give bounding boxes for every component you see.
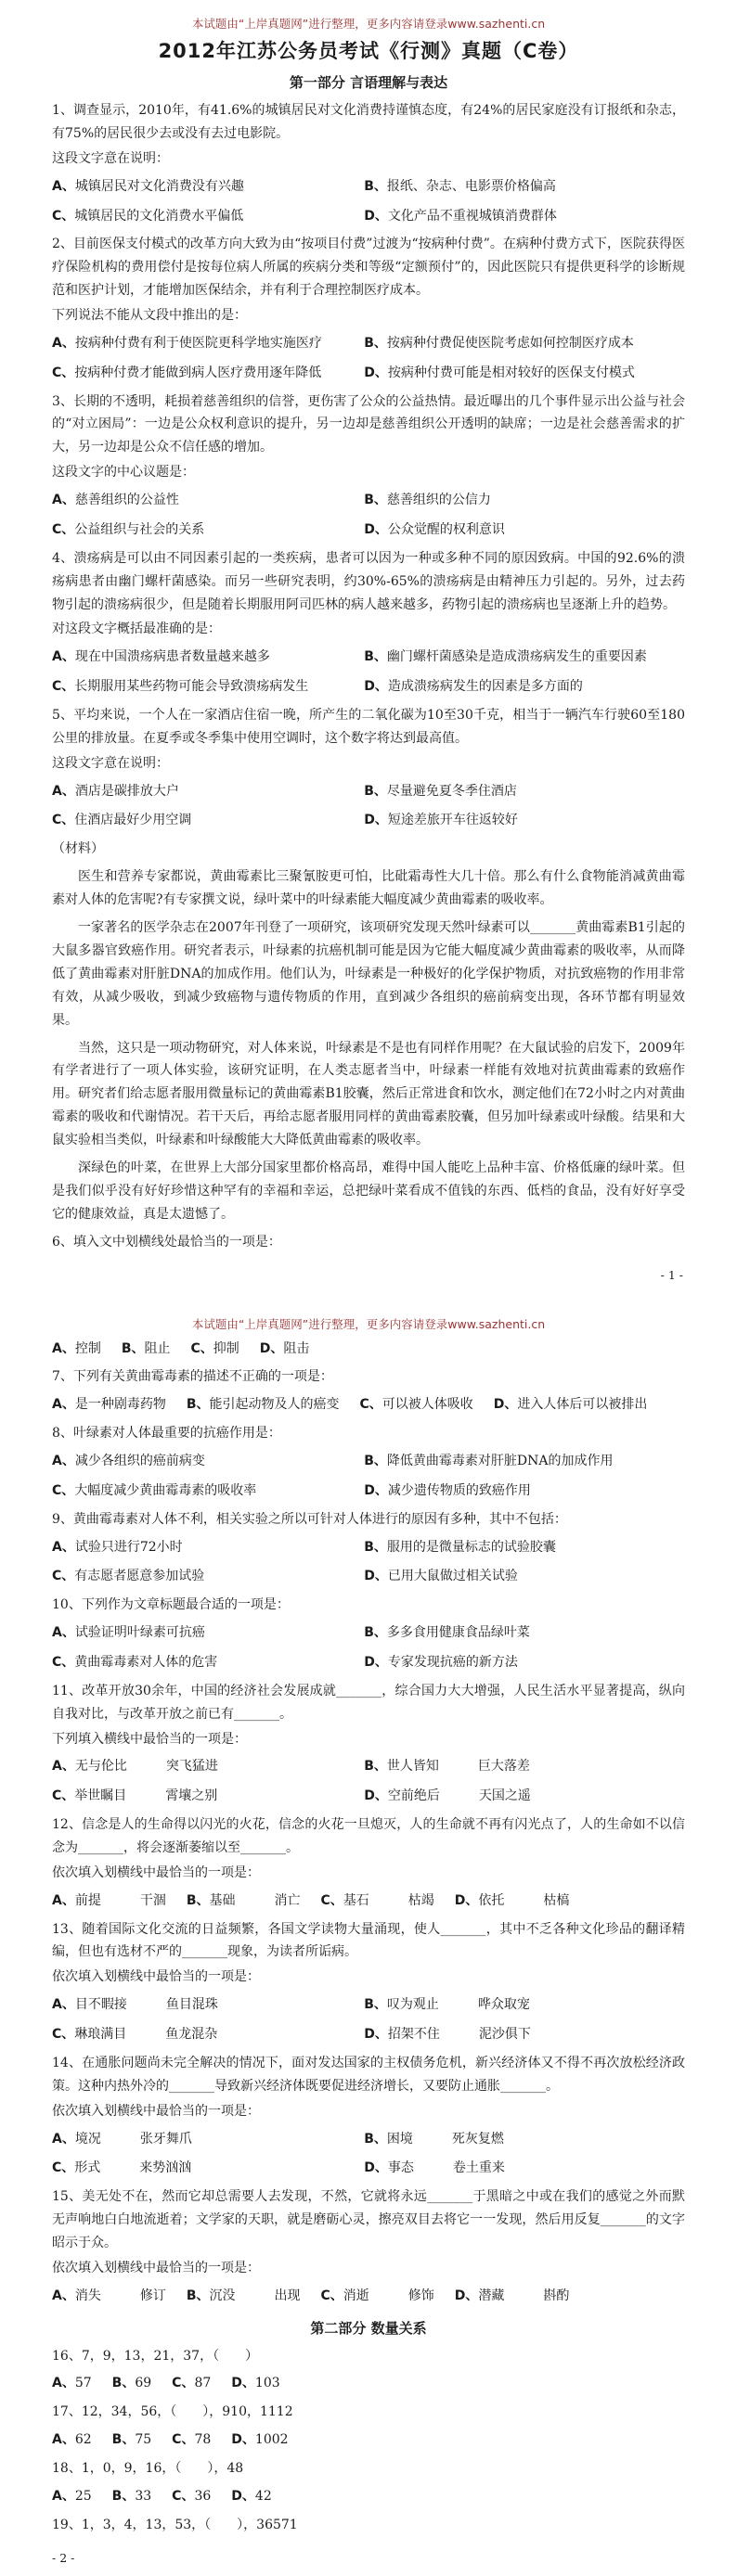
question-stem: 这段文字的中心议题是： — [52, 461, 685, 484]
option-B: B、幽门螺杆菌感染是造成溃疡病发生的重要因素 — [364, 643, 685, 673]
question-text: 5、平均来说，一个人在一家酒店住宿一晚，所产生的二氧化碳为10至30千克，相当于… — [52, 704, 685, 750]
section-heading: 第一部分 言语理解与表达 — [52, 72, 685, 92]
option-text: 城镇居民对文化消费没有兴趣 — [75, 179, 244, 194]
question-text: 6、填入文中划横线处最恰当的一项是： — [52, 1231, 685, 1254]
option-letter: C、 — [52, 1569, 74, 1583]
options-row: A、57B、69C、87D、103 — [52, 2369, 685, 2399]
option-C: C、36 — [172, 2489, 211, 2504]
option-letter: B、 — [364, 179, 387, 194]
option-letter: D、 — [364, 2027, 388, 2042]
option-text: 按病种付费可能是相对较好的医保支付模式 — [388, 365, 635, 380]
question-text: 19、1，3，4，13，53，（ ），36571 — [52, 2514, 685, 2537]
option-B: B、多多食用健康食品绿叶菜 — [364, 1619, 685, 1648]
source-note: 本试题由“上岸真题网”进行整理，更多内容请登录www.sazhenti.cn — [52, 15, 685, 32]
option-C: C、可以被人体吸收 — [360, 1397, 473, 1412]
option-text: 消逝 修饰 — [343, 2288, 434, 2303]
option-text: 有志愿者愿意参加试验 — [74, 1569, 204, 1583]
option-text: 69 — [135, 2376, 151, 2390]
question-text: 1、调查显示，2010年，有41.6%的城镇居民对文化消费持谨慎态度，有24%的… — [52, 99, 685, 146]
option-A: A、57 — [52, 2376, 92, 2390]
material-paragraph: 深绿色的叶菜，在世界上大部分国家里都价格高昂，难得中国人能吃上品种丰富、价格低廉… — [52, 1157, 685, 1226]
question-text: 11、改革开放30余年，中国的经济社会发展成就_______，综合国力大大增强，… — [52, 1680, 685, 1726]
option-letter: C、 — [52, 1655, 74, 1670]
question-text: 2、目前医保支付模式的改革方向大致为由“按项目付费”过渡为“按病种付费”。在病种… — [52, 233, 685, 302]
option-D: D、公众觉醒的权利意识 — [364, 516, 685, 545]
question-text: 10、下列作为文章标题最合适的一项是： — [52, 1594, 685, 1617]
option-B: B、困境 死灰复燃 — [364, 2125, 685, 2155]
option-B: B、叹为观止 哗众取宠 — [364, 1991, 685, 2020]
option-B: B、服用的是微量标志的试验胶囊 — [364, 1533, 685, 1563]
options-row: A、控制B、阻止C、抑制D、阻击 — [52, 1335, 685, 1365]
option-text: 87 — [194, 2376, 211, 2390]
question-stem: 这段文字意在说明： — [52, 752, 685, 775]
option-C: C、举世瞩目 霄壤之别 — [52, 1782, 364, 1812]
option-B: B、报纸、杂志、电影票价格偏高 — [364, 173, 685, 202]
option-B: B、慈善组织的公信力 — [364, 486, 685, 516]
option-text: 57 — [75, 2376, 92, 2390]
option-A: A、62 — [52, 2432, 92, 2447]
page-2: 本试题由“上岸真题网”进行整理，更多内容请登录www.sazhenti.cnA、… — [0, 1293, 737, 2576]
question-stem: 下列填入横线中最恰当的一项是： — [52, 1728, 685, 1751]
option-D: D、文化产品不重视城镇消费群体 — [364, 202, 685, 232]
option-B: B、世人皆知 巨大落差 — [364, 1752, 685, 1782]
option-text: 已用大鼠做过相关试验 — [388, 1569, 518, 1583]
option-D: D、按病种付费可能是相对较好的医保支付模式 — [364, 359, 685, 389]
option-text: 试验证明叶绿素可抗癌 — [75, 1625, 205, 1640]
option-text: 基石 枯竭 — [343, 1893, 434, 1908]
option-A: A、酒店是碳排放大户 — [52, 777, 364, 807]
option-C: C、长期服用某些药物可能会导致溃疡病发生 — [52, 673, 364, 702]
option-A: A、目不暇接 鱼目混珠 — [52, 1991, 364, 2020]
option-A: A、现在中国溃疡病患者数量越来越多 — [52, 643, 364, 673]
option-text: 黄曲霉毒素对人体的危害 — [74, 1655, 217, 1670]
option-letter: D、 — [364, 2160, 388, 2175]
option-letter: A、 — [52, 179, 75, 194]
option-text: 无与伦比 突飞猛进 — [75, 1759, 218, 1774]
option-text: 多多食用健康食品绿叶菜 — [387, 1625, 530, 1640]
option-letter: C、 — [52, 813, 74, 827]
option-text: 报纸、杂志、电影票价格偏高 — [387, 179, 556, 194]
option-D: D、短途差旅开车往返较好 — [364, 806, 685, 836]
options-row: A、25B、33C、36D、42 — [52, 2482, 685, 2512]
option-letter: C、 — [52, 1788, 74, 1803]
option-D: D、依托 枯槁 — [455, 1893, 570, 1908]
option-text: 消失 修订 — [75, 2288, 166, 2303]
option-text: 75 — [135, 2432, 151, 2447]
option-letter: C、 — [52, 2027, 74, 2042]
option-text: 短途差旅开车往返较好 — [388, 813, 518, 827]
option-letter: D、 — [364, 365, 388, 380]
option-C: C、78 — [172, 2432, 211, 2447]
option-text: 困境 死灰复燃 — [387, 2132, 504, 2147]
options-grid: A、酒店是碳排放大户B、尽量避免夏冬季住酒店C、住酒店最好少用空调D、短途差旅开… — [52, 777, 685, 837]
option-C: C、琳琅满目 鱼龙混杂 — [52, 2020, 364, 2050]
question-stem: 依次填入划横线中最恰当的一项是： — [52, 2257, 685, 2280]
option-text: 试验只进行72小时 — [75, 1540, 183, 1555]
option-A: A、试验证明叶绿素可抗癌 — [52, 1619, 364, 1648]
option-letter: D、 — [364, 209, 388, 224]
option-A: A、境况 张牙舞爪 — [52, 2125, 364, 2155]
option-D: D、事态 卷土重来 — [364, 2154, 685, 2184]
option-text: 按病种付费才能做到病人医疗费用逐年降低 — [74, 365, 321, 380]
option-letter: C、 — [172, 2376, 194, 2390]
option-text: 是一种剧毒药物 — [75, 1397, 166, 1412]
option-letter: C、 — [360, 1397, 382, 1412]
option-letter: C、 — [52, 522, 74, 537]
option-text: 减少遗传物质的致癌作用 — [388, 1483, 531, 1498]
option-letter: A、 — [52, 2132, 75, 2147]
question-text: 4、溃疡病是可以由不同因素引起的一类疾病，患者可以因为一种或多种不同的原因致病。… — [52, 547, 685, 617]
option-text: 造成溃疡病发生的因素是多方面的 — [388, 679, 583, 694]
option-letter: C、 — [172, 2489, 194, 2504]
option-text: 依托 枯槁 — [478, 1893, 569, 1908]
option-B: B、按病种付费促使医院考虑如何控制医疗成本 — [364, 329, 685, 359]
option-text: 长期服用某些药物可能会导致溃疡病发生 — [74, 679, 308, 694]
option-text: 服用的是微量标志的试验胶囊 — [387, 1540, 556, 1555]
option-letter: A、 — [52, 1625, 75, 1640]
material-label: （材料） — [52, 838, 685, 861]
source-note: 本试题由“上岸真题网”进行整理，更多内容请登录www.sazhenti.cn — [52, 1315, 685, 1332]
material-paragraph: 医生和营养专家都说，黄曲霉素比三聚氰胺更可怕，比砒霜毒性大几十倍。那么有什么食物… — [52, 865, 685, 912]
option-B: B、降低黄曲霉毒素对肝脏DNA的加成作用 — [364, 1447, 685, 1477]
option-D: D、招架不住 泥沙俱下 — [364, 2020, 685, 2050]
option-text: 尽量避免夏冬季住酒店 — [387, 784, 517, 799]
option-C: C、抑制 — [191, 1341, 239, 1356]
option-text: 按病种付费促使医院考虑如何控制医疗成本 — [387, 336, 634, 351]
option-letter: D、 — [494, 1397, 518, 1412]
option-letter: A、 — [52, 2376, 75, 2390]
option-letter: A、 — [52, 493, 75, 507]
option-text: 琳琅满目 鱼龙混杂 — [74, 2027, 217, 2042]
option-text: 叹为观止 哗众取宠 — [387, 1997, 530, 2012]
option-B: B、基础 消亡 — [187, 1893, 301, 1908]
options-row: A、是一种剧毒药物B、能引起动物及人的癌变C、可以被人体吸收D、进入人体后可以被… — [52, 1391, 685, 1420]
option-D: D、1002 — [231, 2432, 288, 2447]
option-text: 公益组织与社会的关系 — [74, 522, 204, 537]
option-letter: A、 — [52, 1341, 75, 1356]
option-letter: D、 — [364, 1483, 388, 1498]
option-text: 控制 — [75, 1341, 101, 1356]
option-C: C、有志愿者愿意参加试验 — [52, 1562, 364, 1592]
option-A: A、慈善组织的公益性 — [52, 486, 364, 516]
option-text: 沉没 出现 — [210, 2288, 301, 2303]
option-letter: D、 — [260, 1341, 284, 1356]
section-heading: 第二部分 数量关系 — [52, 2318, 685, 2338]
material-paragraph: 一家著名的医学杂志在2007年刊登了一项研究，该项研究发现天然叶绿素可以____… — [52, 916, 685, 1032]
question-text: 15、美无处不在，然而它却总需要人去发现，不然，它就将永远_______于黑暗之… — [52, 2185, 685, 2255]
option-text: 降低黄曲霉毒素对肝脏DNA的加成作用 — [387, 1454, 614, 1468]
option-A: A、无与伦比 突飞猛进 — [52, 1752, 364, 1782]
option-text: 空前绝后 天国之遥 — [388, 1788, 531, 1803]
question-stem: 依次填入划横线中最恰当的一项是： — [52, 1862, 685, 1885]
option-text: 按病种付费有利于使医院更科学地实施医疗 — [75, 336, 322, 351]
exam-title: 2012年江苏公务员考试《行测》真题（C卷） — [52, 36, 685, 64]
material-paragraph: 当然，这只是一项动物研究，对人体来说，叶绿素是不是也有同样作用呢？在大鼠试验的启… — [52, 1037, 685, 1153]
question-stem: 依次填入划横线中最恰当的一项是： — [52, 1966, 685, 1989]
option-A: A、是一种剧毒药物 — [52, 1397, 166, 1412]
option-A: A、减少各组织的癌前病变 — [52, 1447, 364, 1477]
option-B: B、能引起动物及人的癌变 — [187, 1397, 340, 1412]
option-text: 文化产品不重视城镇消费群体 — [388, 209, 557, 224]
option-C: C、住酒店最好少用空调 — [52, 806, 364, 836]
option-letter: A、 — [52, 336, 75, 351]
option-text: 减少各组织的癌前病变 — [75, 1454, 205, 1468]
options-grid: A、减少各组织的癌前病变B、降低黄曲霉毒素对肝脏DNA的加成作用C、大幅度减少黄… — [52, 1447, 685, 1506]
option-C: C、大幅度减少黄曲霉毒素的吸收率 — [52, 1477, 364, 1506]
option-D: D、阻击 — [260, 1341, 310, 1356]
option-letter: C、 — [191, 1341, 213, 1356]
question-text: 14、在通胀问题尚未完全解决的情况下，面对发达国家的主权债务危机，新兴经济体又不… — [52, 2052, 685, 2098]
options-grid: A、按病种付费有利于使医院更科学地实施医疗B、按病种付费促使医院考虑如何控制医疗… — [52, 329, 685, 389]
option-text: 78 — [194, 2432, 211, 2447]
question-text: 18、1，0，9，16，（ ），48 — [52, 2457, 685, 2480]
question-text: 7、下列有关黄曲霉毒素的描述不正确的一项是： — [52, 1365, 685, 1389]
option-letter: B、 — [364, 2132, 387, 2147]
option-letter: D、 — [455, 1893, 479, 1908]
option-text: 进入人体后可以被排出 — [517, 1397, 647, 1412]
option-B: B、沉没 出现 — [187, 2288, 301, 2303]
option-D: D、42 — [231, 2489, 271, 2504]
option-B: B、阻止 — [122, 1341, 171, 1356]
option-letter: B、 — [364, 1759, 387, 1774]
option-letter: B、 — [364, 493, 387, 507]
option-text: 潜藏 斟酌 — [478, 2288, 569, 2303]
option-letter: B、 — [187, 1893, 210, 1908]
option-text: 幽门螺杆菌感染是造成溃疡病发生的重要因素 — [387, 649, 647, 664]
option-letter: B、 — [187, 2288, 210, 2303]
options-grid: A、目不暇接 鱼目混珠B、叹为观止 哗众取宠C、琳琅满目 鱼龙混杂D、招架不住 … — [52, 1991, 685, 2050]
option-letter: B、 — [364, 1997, 387, 2012]
option-letter: D、 — [364, 679, 388, 694]
page-number: - 2 - — [52, 2551, 74, 2565]
page-1: 本试题由“上岸真题网”进行整理，更多内容请登录www.sazhenti.cn20… — [0, 0, 737, 1293]
option-letter: B、 — [364, 1540, 387, 1555]
option-letter: D、 — [364, 522, 388, 537]
option-letter: B、 — [112, 2376, 136, 2390]
option-letter: A、 — [52, 1893, 75, 1908]
option-D: D、减少遗传物质的致癌作用 — [364, 1477, 685, 1506]
option-letter: C、 — [172, 2432, 194, 2447]
option-letter: D、 — [231, 2489, 255, 2504]
option-B: B、75 — [112, 2432, 152, 2447]
option-text: 世人皆知 巨大落差 — [387, 1759, 530, 1774]
option-D: D、专家发现抗癌的新方法 — [364, 1648, 685, 1678]
option-B: B、33 — [112, 2489, 152, 2504]
option-text: 33 — [135, 2489, 151, 2504]
option-letter: C、 — [52, 209, 74, 224]
option-text: 阻止 — [145, 1341, 171, 1356]
option-letter: B、 — [112, 2432, 136, 2447]
option-A: A、城镇居民对文化消费没有兴趣 — [52, 173, 364, 202]
document: 本试题由“上岸真题网”进行整理，更多内容请登录www.sazhenti.cn20… — [0, 0, 737, 2576]
option-C: C、形式 来势汹汹 — [52, 2154, 364, 2184]
option-D: D、103 — [231, 2376, 279, 2390]
option-text: 举世瞩目 霄壤之别 — [74, 1788, 217, 1803]
option-letter: C、 — [52, 1483, 74, 1498]
option-text: 36 — [194, 2489, 211, 2504]
option-letter: D、 — [231, 2432, 255, 2447]
option-letter: C、 — [52, 679, 74, 694]
option-text: 专家发现抗癌的新方法 — [388, 1655, 518, 1670]
option-letter: B、 — [122, 1341, 145, 1356]
question-text: 12、信念是人的生命得以闪光的火花，信念的火花一旦熄灭，人的生命就不再有闪光点了… — [52, 1813, 685, 1860]
options-grid: A、现在中国溃疡病患者数量越来越多B、幽门螺杆菌感染是造成溃疡病发生的重要因素C… — [52, 643, 685, 702]
option-text: 目不暇接 鱼目混珠 — [75, 1997, 218, 2012]
option-text: 酒店是碳排放大户 — [75, 784, 179, 799]
question-text: 16、7，9，13，21，37，（ ） — [52, 2345, 685, 2368]
option-text: 抑制 — [213, 1341, 239, 1356]
option-text: 103 — [255, 2376, 280, 2390]
option-letter: B、 — [364, 649, 387, 664]
option-letter: A、 — [52, 649, 75, 664]
option-letter: D、 — [231, 2376, 255, 2390]
options-grid: A、试验只进行72小时B、服用的是微量标志的试验胶囊C、有志愿者愿意参加试验D、… — [52, 1533, 685, 1593]
options-grid: A、无与伦比 突飞猛进B、世人皆知 巨大落差C、举世瞩目 霄壤之别D、空前绝后 … — [52, 1752, 685, 1812]
option-A: A、消失 修订 — [52, 2288, 166, 2303]
option-text: 慈善组织的公信力 — [387, 493, 491, 507]
option-text: 62 — [75, 2432, 92, 2447]
option-letter: C、 — [52, 365, 74, 380]
option-letter: C、 — [321, 2288, 343, 2303]
option-letter: A、 — [52, 1397, 75, 1412]
option-C: C、黄曲霉毒素对人体的危害 — [52, 1648, 364, 1678]
options-row: A、消失 修订B、沉没 出现C、消逝 修饰D、潜藏 斟酌 — [52, 2282, 685, 2312]
option-C: C、按病种付费才能做到病人医疗费用逐年降低 — [52, 359, 364, 389]
option-letter: A、 — [52, 1997, 75, 2012]
option-text: 形式 来势汹汹 — [74, 2160, 191, 2175]
option-letter: D、 — [455, 2288, 479, 2303]
option-D: D、潜藏 斟酌 — [455, 2288, 570, 2303]
question-text: 8、叶绿素对人体最重要的抗癌作用是： — [52, 1422, 685, 1445]
option-letter: B、 — [364, 1454, 387, 1468]
option-text: 可以被人体吸收 — [382, 1397, 473, 1412]
option-text: 事态 卷土重来 — [388, 2160, 505, 2175]
option-letter: D、 — [364, 1569, 388, 1583]
option-text: 住酒店最好少用空调 — [74, 813, 191, 827]
question-stem: 这段文字意在说明： — [52, 147, 685, 171]
option-A: A、25 — [52, 2489, 92, 2504]
option-text: 境况 张牙舞爪 — [75, 2132, 192, 2147]
option-D: D、造成溃疡病发生的因素是多方面的 — [364, 673, 685, 702]
option-letter: B、 — [364, 336, 387, 351]
option-text: 基础 消亡 — [210, 1893, 301, 1908]
option-C: C、公益组织与社会的关系 — [52, 516, 364, 545]
option-B: B、69 — [112, 2376, 152, 2390]
option-text: 大幅度减少黄曲霉毒素的吸收率 — [74, 1483, 256, 1498]
question-text: 13、随着国际文化交流的日益频繁，各国文学读物大量涌现，使人_______，其中… — [52, 1918, 685, 1965]
question-stem: 对这段文字概括最准确的是： — [52, 618, 685, 641]
options-grid: A、试验证明叶绿素可抗癌B、多多食用健康食品绿叶菜C、黄曲霉毒素对人体的危害D、… — [52, 1619, 685, 1678]
option-A: A、试验只进行72小时 — [52, 1533, 364, 1563]
option-C: C、城镇居民的文化消费水平偏低 — [52, 202, 364, 232]
option-D: D、进入人体后可以被排出 — [494, 1397, 648, 1412]
option-letter: A、 — [52, 2432, 75, 2447]
option-C: C、87 — [172, 2376, 211, 2390]
option-A: A、控制 — [52, 1341, 101, 1356]
option-letter: D、 — [364, 1655, 388, 1670]
option-text: 现在中国溃疡病患者数量越来越多 — [75, 649, 270, 664]
option-letter: A、 — [52, 1454, 75, 1468]
option-text: 城镇居民的文化消费水平偏低 — [74, 209, 243, 224]
option-letter: A、 — [52, 1540, 75, 1555]
options-grid: A、境况 张牙舞爪B、困境 死灰复燃C、形式 来势汹汹D、事态 卷土重来 — [52, 2125, 685, 2185]
question-text: 3、长期的不透明，耗损着慈善组织的信誉，更伤害了公众的公益热情。最近曝出的几个事… — [52, 391, 685, 460]
option-A: A、按病种付费有利于使医院更科学地实施医疗 — [52, 329, 364, 359]
option-text: 25 — [75, 2489, 92, 2504]
option-letter: A、 — [52, 2288, 75, 2303]
option-letter: C、 — [52, 2160, 74, 2175]
option-letter: B、 — [364, 1625, 387, 1640]
option-letter: B、 — [364, 784, 387, 799]
option-text: 42 — [255, 2489, 272, 2504]
option-text: 公众觉醒的权利意识 — [388, 522, 505, 537]
option-text: 1002 — [255, 2432, 289, 2447]
option-text: 招架不住 泥沙俱下 — [388, 2027, 531, 2042]
options-row: A、62B、75C、78D、1002 — [52, 2426, 685, 2455]
options-grid: A、城镇居民对文化消费没有兴趣B、报纸、杂志、电影票价格偏高C、城镇居民的文化消… — [52, 173, 685, 232]
option-letter: C、 — [321, 1893, 343, 1908]
option-letter: B、 — [112, 2489, 136, 2504]
option-text: 慈善组织的公益性 — [75, 493, 179, 507]
option-letter: D、 — [364, 1788, 388, 1803]
question-stem: 依次填入划横线中最恰当的一项是： — [52, 2100, 685, 2123]
options-row: A、前提 干涸B、基础 消亡C、基石 枯竭D、依托 枯槁 — [52, 1887, 685, 1916]
option-text: 能引起动物及人的癌变 — [210, 1397, 340, 1412]
question-text: 17、12，34，56，（ ），910，1112 — [52, 2401, 685, 2424]
option-D: D、空前绝后 天国之遥 — [364, 1782, 685, 1812]
option-A: A、前提 干涸 — [52, 1893, 166, 1908]
option-letter: A、 — [52, 2489, 75, 2504]
question-text: 9、黄曲霉毒素对人体不利，相关实验之所以可针对人体进行的原因有多种，其中不包括： — [52, 1508, 685, 1532]
option-letter: D、 — [364, 813, 388, 827]
option-text: 阻击 — [283, 1341, 309, 1356]
option-D: D、已用大鼠做过相关试验 — [364, 1562, 685, 1592]
option-C: C、消逝 修饰 — [321, 2288, 434, 2303]
option-C: C、基石 枯竭 — [321, 1893, 434, 1908]
option-letter: B、 — [187, 1397, 210, 1412]
option-text: 前提 干涸 — [75, 1893, 166, 1908]
options-grid: A、慈善组织的公益性B、慈善组织的公信力C、公益组织与社会的关系D、公众觉醒的权… — [52, 486, 685, 545]
question-stem: 下列说法不能从文段中推出的是： — [52, 304, 685, 327]
option-letter: A、 — [52, 1759, 75, 1774]
page-number: - 1 - — [661, 1268, 683, 1282]
option-B: B、尽量避免夏冬季住酒店 — [364, 777, 685, 807]
option-letter: A、 — [52, 784, 75, 799]
